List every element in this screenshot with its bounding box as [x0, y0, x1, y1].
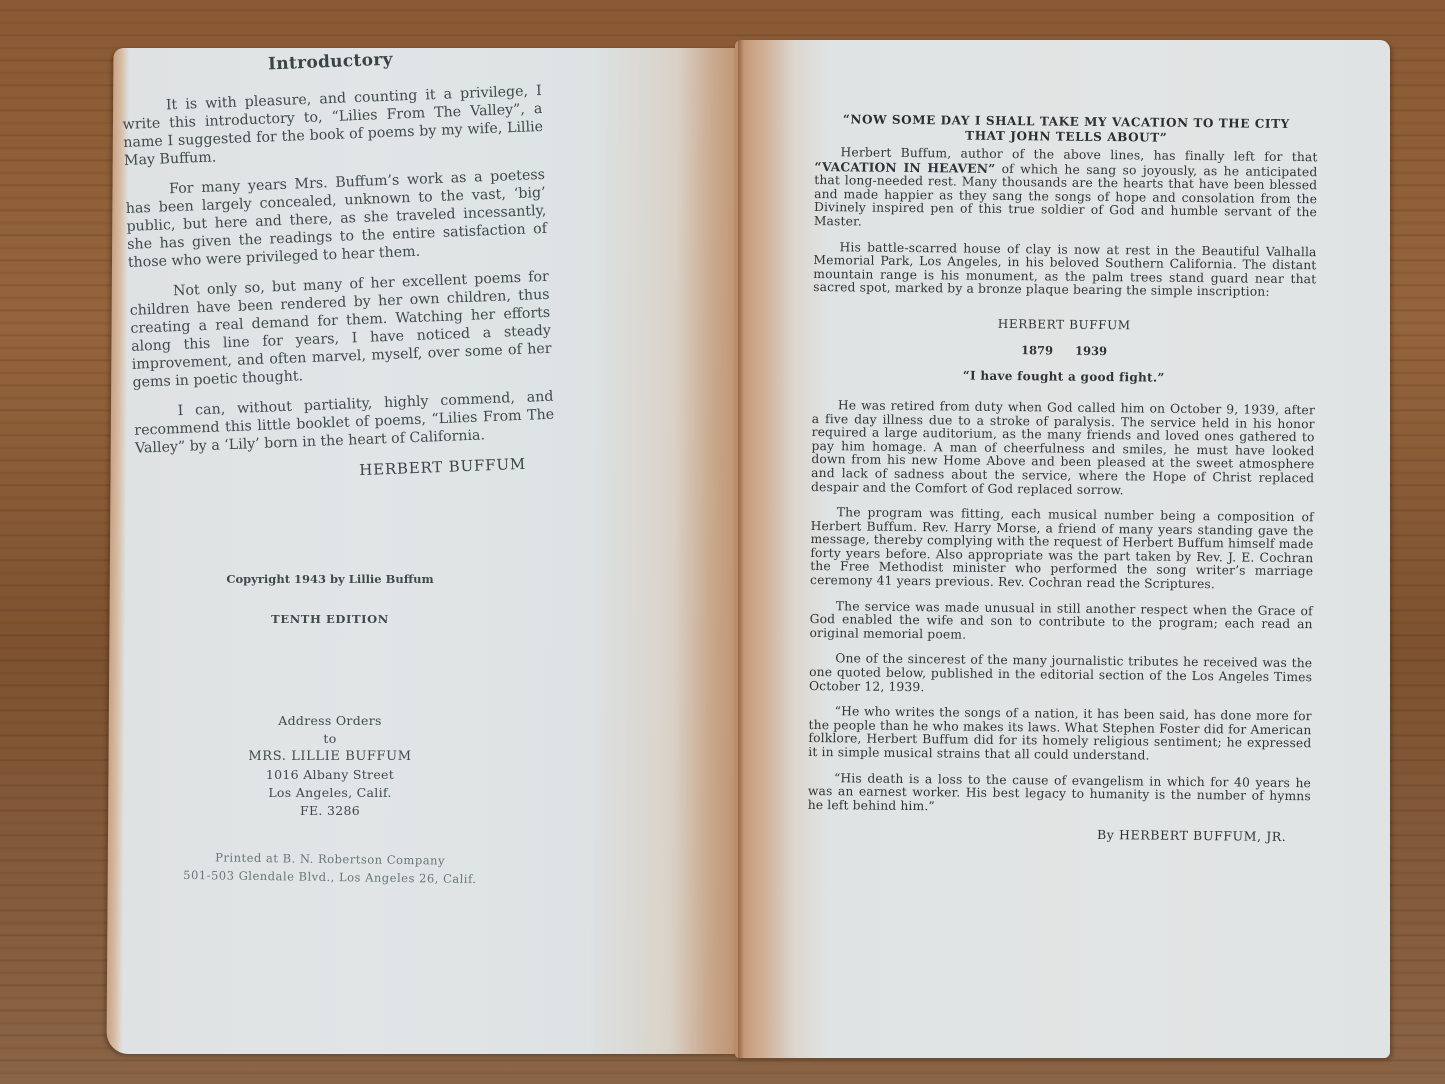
plaque-inscription: HERBERT BUFFUM 1879 1939 “I have fought … — [812, 315, 1316, 386]
memorial-paragraph: One of the sincerest of the many journal… — [809, 652, 1312, 698]
intro-paragraph: Not only so, but many of her excellent p… — [129, 268, 553, 392]
publication-info: Copyright 1943 by Lillie Buffum TENTH ED… — [140, 572, 520, 886]
address-phone: FE. 3286 — [140, 802, 520, 820]
copyright-notice: Copyright 1943 by Lillie Buffum — [140, 572, 520, 586]
address-line: Address Orders — [140, 712, 520, 730]
memorial-heading: “NOW SOME DAY I SHALL TAKE MY VACATION T… — [815, 112, 1318, 147]
edition-label: TENTH EDITION — [140, 612, 520, 626]
intro-paragraph: For many years Mrs. Buffum’s work as a p… — [125, 166, 548, 272]
address-street: 1016 Albany Street — [140, 766, 520, 784]
address-city: Los Angeles, Calif. — [140, 784, 520, 802]
introductory-section: Introductory It is with pleasure, and co… — [120, 44, 556, 488]
book-gutter — [738, 40, 744, 1058]
printer-info: Printed at B. N. Robertson Company 501-5… — [140, 847, 520, 888]
inscription-quote: “I have fought a good fight.” — [812, 367, 1315, 386]
inscription-name: HERBERT BUFFUM — [813, 315, 1316, 334]
times-quote-paragraph: “He who writes the songs of a nation, it… — [808, 705, 1312, 765]
inscription-years: 1879 1939 — [812, 341, 1315, 360]
memorial-paragraph: His battle-scarred house of clay is now … — [813, 241, 1317, 301]
memorial-paragraph: He was retired from duty when God called… — [811, 399, 1315, 499]
memorial-paragraph: The program was fitting, each musical nu… — [810, 506, 1314, 593]
memorial-paragraph: Herbert Buffum, author of the above line… — [814, 146, 1318, 234]
intro-paragraph: I can, without partiality, highly commen… — [133, 388, 555, 458]
address-name: MRS. LILLIE BUFFUM — [140, 748, 520, 766]
intro-paragraph: It is with pleasure, and counting it a p… — [122, 82, 544, 170]
order-address: Address Orders to MRS. LILLIE BUFFUM 101… — [140, 712, 520, 820]
address-line: to — [140, 730, 520, 748]
memorial-section: “NOW SOME DAY I SHALL TAKE MY VACATION T… — [807, 112, 1318, 845]
times-quote-paragraph: “His death is a loss to the cause of eva… — [808, 772, 1311, 818]
memorial-paragraph: The service was made unusual in still an… — [809, 600, 1312, 646]
